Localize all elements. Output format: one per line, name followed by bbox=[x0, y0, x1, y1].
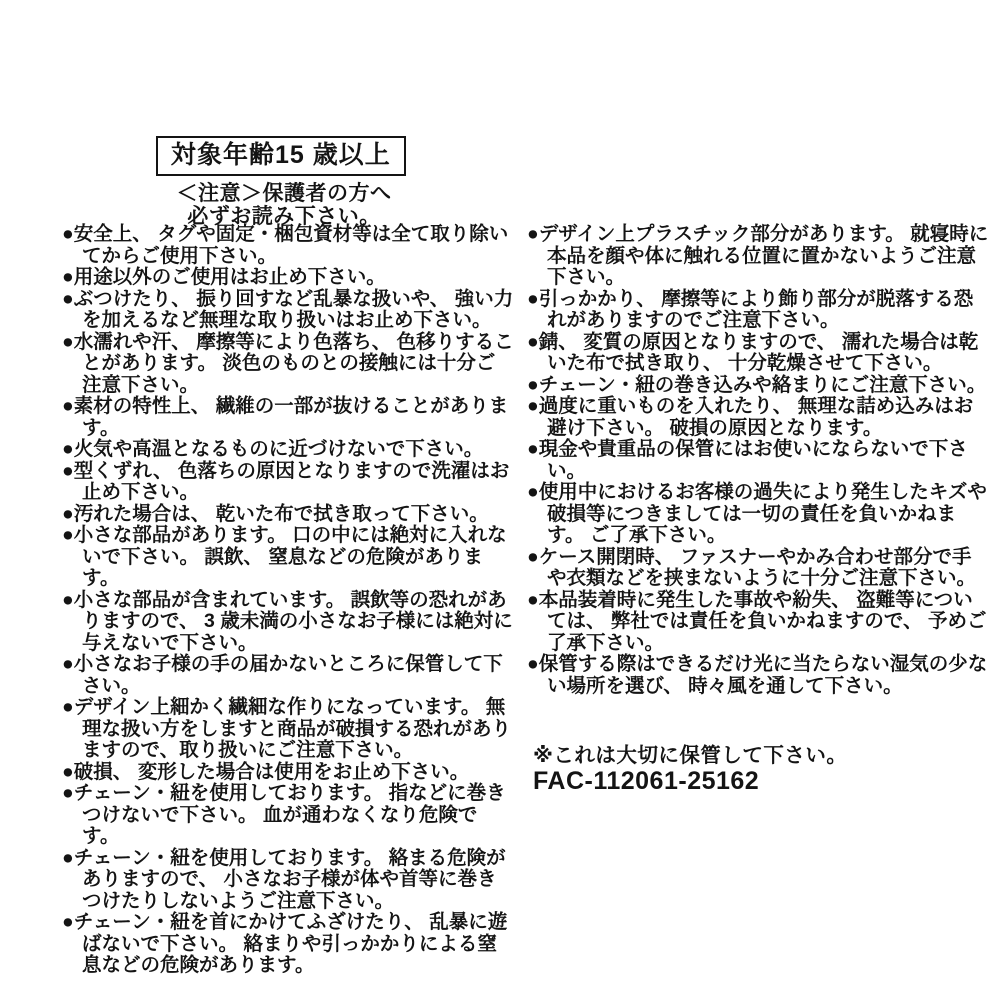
bullet-icon: ● bbox=[62, 761, 74, 783]
warning-item-text: ぶつけたり、 振り回すなど乱暴な扱いや、 強い力を加えるなど無理な取り扱いはお止… bbox=[74, 288, 513, 332]
bullet-icon: ● bbox=[62, 589, 74, 611]
bullet-icon: ● bbox=[62, 782, 74, 804]
bullet-icon: ● bbox=[62, 331, 74, 353]
warning-item-text: チェーン・紐を使用しております。 絡まる危険がありますので、 小さなお子様が体や… bbox=[74, 847, 506, 912]
warning-item: ●チェーン・紐を使用しております。 指などに巻きつけないで下さい。 血が通わなく… bbox=[62, 783, 514, 848]
bullet-icon: ● bbox=[62, 696, 74, 718]
warning-item: ●用途以外のご使用はお止め下さい。 bbox=[62, 267, 514, 289]
bullet-icon: ● bbox=[527, 374, 539, 396]
warning-item: ●小さな部品が含まれています。 誤飲等の恐れがありますので、 3 歳未満の小さな… bbox=[62, 590, 514, 655]
warning-item-text: 使用中におけるお客様の過失により発生したキズや破損等につきましては一切の責任を負… bbox=[539, 481, 987, 546]
warning-item-text: 水濡れや汗、 摩擦等により色落ち、 色移りすることがあります。 淡色のものとの接… bbox=[74, 331, 514, 396]
bullet-icon: ● bbox=[62, 266, 74, 288]
warning-item-text: ケース開閉時、 ファスナーやかみ合わせ部分で手や衣類などを挟まないように十分ご注… bbox=[539, 546, 976, 590]
bullet-icon: ● bbox=[527, 288, 539, 310]
bullet-icon: ● bbox=[62, 503, 74, 525]
warning-item: ●引っかかり、 摩擦等により飾り部分が脱落する恐れがありますのでご注意下さい。 bbox=[527, 289, 989, 332]
footnote: ※これは大切に保管して下さい。 FAC-112061-25162 bbox=[527, 744, 989, 795]
bullet-icon: ● bbox=[62, 653, 74, 675]
warning-item-text: 現金や貴重品の保管にはお使いにならないで下さい。 bbox=[539, 438, 968, 482]
warning-item-text: 小さな部品があります。 口の中には絶対に入れないで下さい。 誤飲、 窒息などの危… bbox=[74, 524, 507, 589]
product-code: FAC-112061-25162 bbox=[533, 768, 989, 795]
warning-item: ●火気や高温となるものに近づけないで下さい。 bbox=[62, 439, 514, 461]
bullet-icon: ● bbox=[62, 524, 74, 546]
warning-item: ●型くずれ、 色落ちの原因となりますので洗濯はお止め下さい。 bbox=[62, 461, 514, 504]
warning-item-text: 引っかかり、 摩擦等により飾り部分が脱落する恐れがありますのでご注意下さい。 bbox=[539, 288, 973, 332]
warning-item-text: 素材の特性上、 繊維の一部が抜けることがあります。 bbox=[74, 395, 508, 439]
warning-item: ●ケース開閉時、 ファスナーやかみ合わせ部分で手や衣類などを挟まないように十分ご… bbox=[527, 547, 989, 590]
warning-item-text: 破損、 変形した場合は使用をお止め下さい。 bbox=[74, 761, 469, 783]
warning-item: ●チェーン・紐を首にかけてふざけたり、 乱暴に遊ばないで下さい。 絡まりや引っか… bbox=[62, 912, 514, 977]
warning-item-text: チェーン・紐を首にかけてふざけたり、 乱暴に遊ばないで下さい。 絡まりや引っかか… bbox=[74, 911, 507, 976]
warning-item: ●本品装着時に発生した事故や紛失、 盗難等については、 弊社では責任を負いかねま… bbox=[527, 590, 989, 655]
bullet-icon: ● bbox=[527, 438, 539, 460]
warning-item: ●チェーン・紐の巻き込みや絡まりにご注意下さい。 bbox=[527, 375, 989, 397]
warning-item-text: 小さなお子様の手の届かないところに保管して下さい。 bbox=[74, 653, 503, 697]
warning-item: ●破損、 変形した場合は使用をお止め下さい。 bbox=[62, 762, 514, 784]
warning-item-text: 火気や高温となるものに近づけないで下さい。 bbox=[74, 438, 484, 460]
warning-item: ●汚れた場合は、 乾いた布で拭き取って下さい。 bbox=[62, 504, 514, 526]
warning-item: ●チェーン・紐を使用しております。 絡まる危険がありますので、 小さなお子様が体… bbox=[62, 848, 514, 913]
age-restriction-box: 対象年齢15 歳以上 bbox=[156, 136, 406, 176]
warning-item-text: 安全上、 タグや固定・梱包資材等は全て取り除いてからご使用下さい。 bbox=[74, 223, 508, 267]
bullet-icon: ● bbox=[527, 653, 539, 675]
warning-item-text: 型くずれ、 色落ちの原因となりますので洗濯はお止め下さい。 bbox=[74, 460, 510, 504]
bullet-icon: ● bbox=[62, 223, 74, 245]
right-column: ●デザイン上プラスチック部分があります。 就寝時に本品を顔や体に触れる位置に置か… bbox=[527, 224, 989, 795]
warning-item: ●素材の特性上、 繊維の一部が抜けることがあります。 bbox=[62, 396, 514, 439]
bullet-icon: ● bbox=[62, 911, 74, 933]
bullet-icon: ● bbox=[527, 223, 539, 245]
bullet-icon: ● bbox=[62, 288, 74, 310]
warning-item: ●現金や貴重品の保管にはお使いにならないで下さい。 bbox=[527, 439, 989, 482]
keep-note: ※これは大切に保管して下さい。 bbox=[533, 744, 989, 768]
warning-item: ●小さなお子様の手の届かないところに保管して下さい。 bbox=[62, 654, 514, 697]
warning-item: ●デザイン上プラスチック部分があります。 就寝時に本品を顔や体に触れる位置に置か… bbox=[527, 224, 989, 289]
warning-item: ●ぶつけたり、 振り回すなど乱暴な扱いや、 強い力を加えるなど無理な取り扱いはお… bbox=[62, 289, 514, 332]
warning-item-text: 保管する際はできるだけ光に当たらない湿気の少ない場所を選び、 時々風を通して下さ… bbox=[539, 653, 988, 697]
bullet-icon: ● bbox=[62, 438, 74, 460]
caution-sheet: 対象年齢15 歳以上 ＜注意＞保護者の方へ 必ずお読み下さい。 ●安全上、 タグ… bbox=[0, 0, 1000, 1000]
notice-heading-line1: ＜注意＞保護者の方へ bbox=[58, 182, 510, 205]
bullet-icon: ● bbox=[62, 847, 74, 869]
warning-item-text: 汚れた場合は、 乾いた布で拭き取って下さい。 bbox=[74, 503, 489, 525]
warning-item: ●保管する際はできるだけ光に当たらない湿気の少ない場所を選び、 時々風を通して下… bbox=[527, 654, 989, 697]
warning-item: ●錆、 変質の原因となりますので、 濡れた場合は乾いた布で拭き取り、 十分乾燥さ… bbox=[527, 332, 989, 375]
warning-item-text: 錆、 変質の原因となりますので、 濡れた場合は乾いた布で拭き取り、 十分乾燥させ… bbox=[539, 331, 978, 375]
warning-item: ●デザイン上細かく繊細な作りになっています。 無理な扱い方をしますと商品が破損す… bbox=[62, 697, 514, 762]
bullet-icon: ● bbox=[527, 481, 539, 503]
warning-item: ●小さな部品があります。 口の中には絶対に入れないで下さい。 誤飲、 窒息などの… bbox=[62, 525, 514, 590]
warning-item-text: デザイン上細かく繊細な作りになっています。 無理な扱い方をしますと商品が破損する… bbox=[74, 696, 511, 761]
warning-item-text: チェーン・紐の巻き込みや絡まりにご注意下さい。 bbox=[539, 374, 987, 396]
bullet-icon: ● bbox=[527, 331, 539, 353]
warning-item-text: デザイン上プラスチック部分があります。 就寝時に本品を顔や体に触れる位置に置かな… bbox=[539, 223, 988, 288]
warnings-right-column: ●デザイン上プラスチック部分があります。 就寝時に本品を顔や体に触れる位置に置か… bbox=[527, 224, 989, 697]
warning-item: ●安全上、 タグや固定・梱包資材等は全て取り除いてからご使用下さい。 bbox=[62, 224, 514, 267]
bullet-icon: ● bbox=[527, 546, 539, 568]
notice-heading: ＜注意＞保護者の方へ 必ずお読み下さい。 bbox=[58, 182, 510, 228]
bullet-icon: ● bbox=[527, 395, 539, 417]
bullet-icon: ● bbox=[62, 395, 74, 417]
bullet-icon: ● bbox=[527, 589, 539, 611]
warning-item: ●水濡れや汗、 摩擦等により色落ち、 色移りすることがあります。 淡色のものとの… bbox=[62, 332, 514, 397]
bullet-icon: ● bbox=[62, 460, 74, 482]
warning-item-text: 用途以外のご使用はお止め下さい。 bbox=[74, 266, 386, 288]
warnings-left-column: ●安全上、 タグや固定・梱包資材等は全て取り除いてからご使用下さい。 ●用途以外… bbox=[62, 224, 514, 977]
warning-item-text: 小さな部品が含まれています。 誤飲等の恐れがありますので、 3 歳未満の小さなお… bbox=[74, 589, 513, 654]
warning-item-text: チェーン・紐を使用しております。 指などに巻きつけないで下さい。 血が通わなくな… bbox=[74, 782, 506, 847]
warning-item: ●使用中におけるお客様の過失により発生したキズや破損等につきましては一切の責任を… bbox=[527, 482, 989, 547]
warning-item-text: 過度に重いものを入れたり、 無理な詰め込みはお避け下さい。 破損の原因となります… bbox=[539, 395, 973, 439]
warning-item-text: 本品装着時に発生した事故や紛失、 盗難等については、 弊社では責任を負いかねます… bbox=[539, 589, 987, 654]
warning-item: ●過度に重いものを入れたり、 無理な詰め込みはお避け下さい。 破損の原因となりま… bbox=[527, 396, 989, 439]
